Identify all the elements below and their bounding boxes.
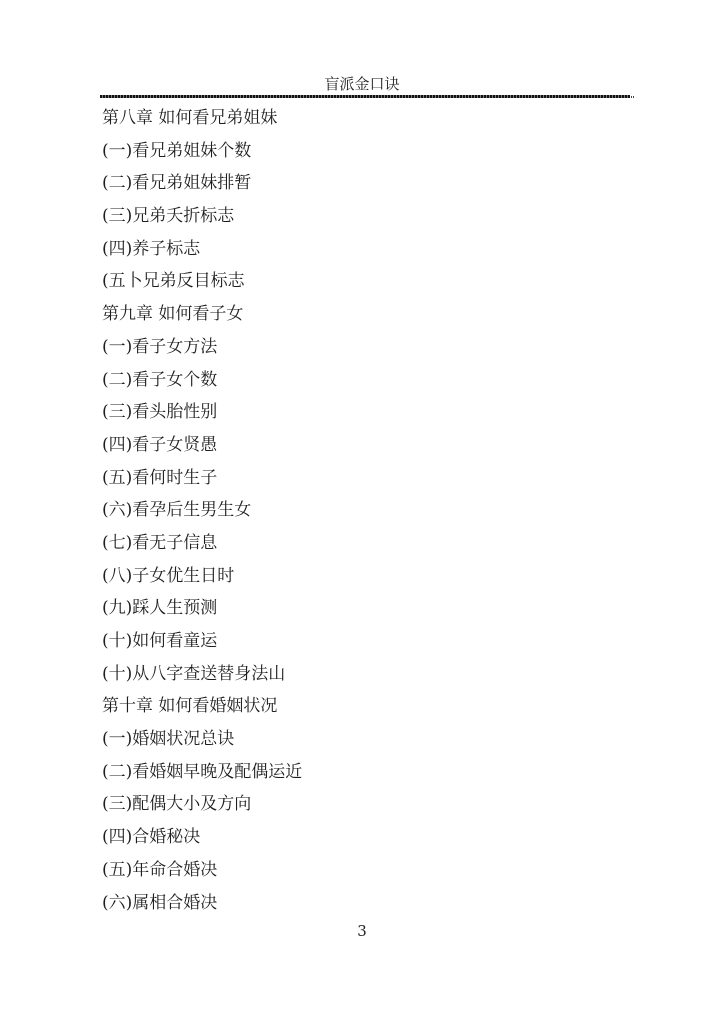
toc-chapter-10: 第十章 如何看婚姻状况: [102, 692, 302, 725]
toc-entry: (四)合婚秘决: [102, 823, 302, 856]
toc-entry: (十)如何看童运: [102, 627, 302, 660]
header-divider-tail: [631, 96, 635, 98]
toc-entry: (八)子女优生日时: [102, 562, 302, 595]
toc-entry: (三)看头胎性别: [102, 398, 302, 431]
toc-entry: (一)看兄弟姐妹个数: [102, 137, 302, 170]
toc-entry: (五卜兄弟反目标志: [102, 267, 302, 300]
toc-entry: (二)看兄弟姐妹排暂: [102, 169, 302, 202]
toc-entry: (七)看无子信息: [102, 529, 302, 562]
toc-entry: (九)踩人生预测: [102, 594, 302, 627]
toc-entry: (十)从八字查送替身法山: [102, 660, 302, 693]
toc-entry: (二)看子女个数: [102, 366, 302, 399]
document-title: 盲派金口诀: [0, 73, 724, 94]
toc-entry: (三)兄弟夭折标志: [102, 202, 302, 235]
toc-chapter-9: 第九章 如何看子女: [102, 300, 302, 333]
toc-entry: (一)看子女方法: [102, 333, 302, 366]
page-number: 3: [0, 922, 724, 940]
toc-entry: (六)属相合婚决: [102, 889, 302, 922]
toc-entry: (四)养子标志: [102, 235, 302, 268]
toc-entry: (六)看孕后生男生女: [102, 496, 302, 529]
toc-entry: (一)婚姻状况总诀: [102, 725, 302, 758]
toc-chapter-8: 第八章 如何看兄弟姐妹: [102, 104, 302, 137]
header-divider: [100, 95, 630, 98]
table-of-contents: 第八章 如何看兄弟姐妹 (一)看兄弟姐妹个数 (二)看兄弟姐妹排暂 (三)兄弟夭…: [102, 104, 302, 921]
toc-entry: (二)看婚姻早晚及配偶运近: [102, 758, 302, 791]
toc-entry: (三)配偶大小及方向: [102, 790, 302, 823]
toc-entry: (五)看何时生子: [102, 464, 302, 497]
toc-entry: (五)年命合婚决: [102, 856, 302, 889]
toc-entry: (四)看子女贤愚: [102, 431, 302, 464]
